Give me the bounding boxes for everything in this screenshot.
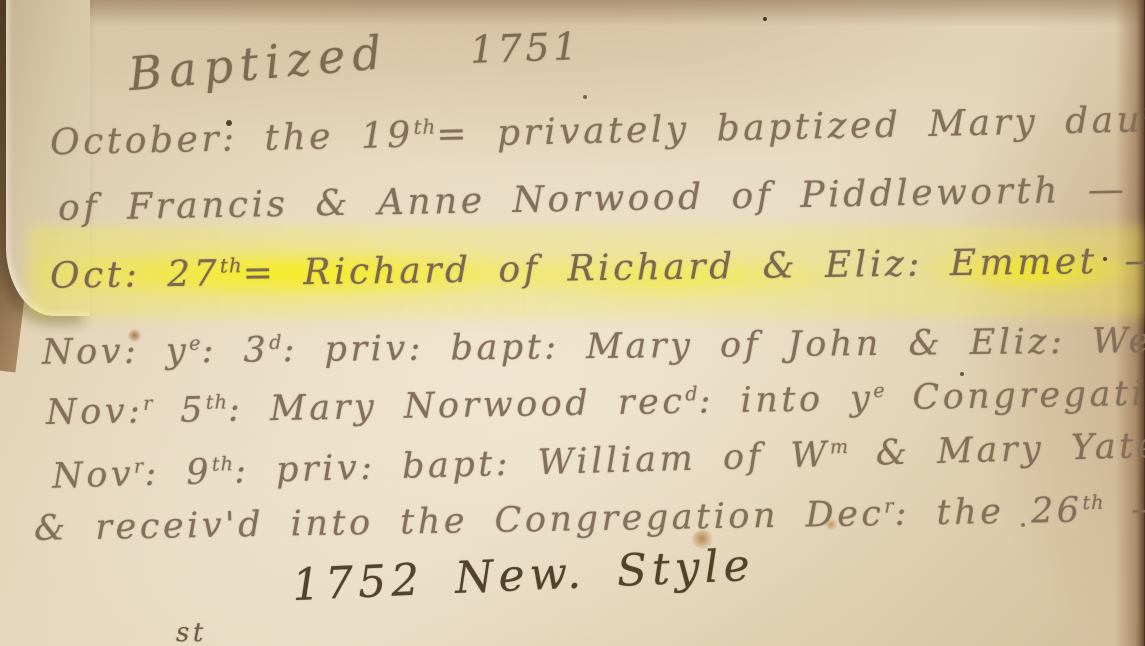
text-run: : priv: bapt: Mary of John & Eliz: Webb … [282,319,1145,370]
text-run: Nov [52,454,135,496]
register-entry: of Francis & Anne Norwood of Piddleworth… [58,168,1145,229]
page-top-shadow [0,0,1145,26]
text-run: October: the 19 [50,115,414,164]
text-run: Nov: [46,391,144,433]
superscript-abbreviation: d [269,331,283,354]
superscript-abbreviation: th [1082,491,1105,514]
text-run: Congregation [885,373,1145,418]
text-run: : Mary Norwood rec [228,382,686,430]
text-run: of Francis & Anne Norwood of Piddleworth… [58,168,1145,229]
text-run: 5 [153,390,206,431]
text-run: & receiv'd into the Congregation Dec [34,494,885,549]
register-entry: October: the 19th= privately baptized Ma… [50,98,1145,164]
paper-specks [763,17,767,21]
superscript-abbreviation: th [413,115,436,138]
superscript-abbreviation: r [884,494,895,517]
superscript-abbreviation: m [829,435,849,459]
register-entry: Nov:r 5th: Mary Norwood recd: into ye Co… [46,373,1145,433]
register-entry: Nov: ye: 3d: priv: bapt: Mary of John & … [42,319,1145,373]
text-run: : into y [698,379,873,422]
text-run: : priv: bapt: William of W [234,435,831,492]
superscript-abbreviation: d [685,382,699,405]
superscript-abbreviation: e [189,332,202,355]
register-page: Baptized 1751 October: the 19th= private… [0,0,1145,646]
text-run: Nov: y [42,331,190,373]
superscript-abbreviation: th [220,254,243,277]
superscript-abbreviation: th [212,452,235,476]
register-entry: Novr: 9th: priv: bapt: William of Wm & M… [52,423,1145,496]
cut-off-line-fragment: st [176,618,207,646]
superscript-abbreviation: th [206,390,229,413]
page-title: Baptized [126,25,390,102]
text-run: : the 26 [894,491,1083,534]
text-run: : 3 [201,330,269,371]
register-entry: & receiv'd into the Congregation Decr: t… [34,489,1145,549]
superscript-abbreviation: e [873,379,886,402]
text-run: : 9 [144,452,213,494]
text-run: Oct: 27 [50,253,221,296]
text-run: = privately baptized Mary dau [436,99,1144,155]
text-run: & Mary Yates — [849,423,1145,474]
year-heading: 1751 [469,24,581,72]
subheading-1752-new-style: 1752 New. Style [291,540,756,611]
text-run: — [1104,489,1145,530]
